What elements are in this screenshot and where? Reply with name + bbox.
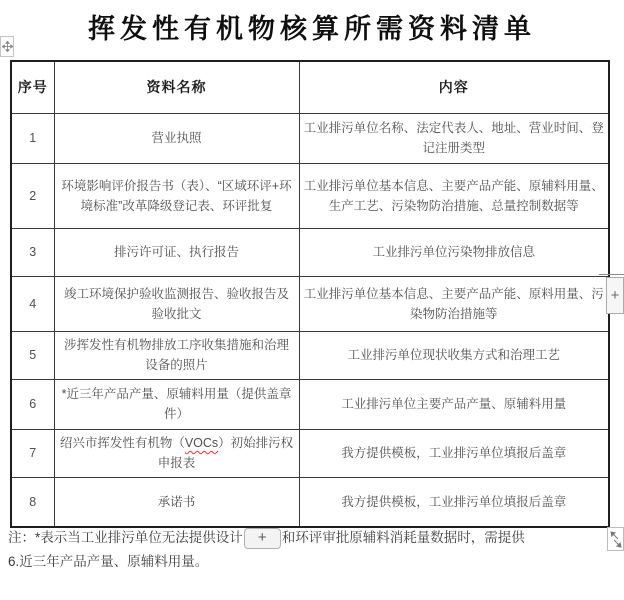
- material-name-cell[interactable]: 排污许可证、执行报告: [54, 228, 299, 276]
- material-name-cell[interactable]: *近三年产品产量、原辅料用量（提供盖章件）: [54, 379, 299, 429]
- column-header-content[interactable]: 内容: [299, 61, 609, 113]
- content-cell[interactable]: 工业排污单位基本信息、主要产品产能、原辅料用量、生产工艺、污染物防治措施、总量控…: [299, 163, 609, 228]
- serial-cell[interactable]: 6: [11, 379, 54, 429]
- footnote-text-after: 和环评审批原辅料消耗量数据时，需提供: [282, 528, 525, 548]
- plus-icon: +: [258, 527, 267, 550]
- serial-cell[interactable]: 4: [11, 276, 54, 331]
- content-cell[interactable]: 我方提供模板，工业排污单位填报后盖章: [299, 477, 609, 527]
- table-row: 7 绍兴市挥发性有机物（VOCs）初始排污权申报表 我方提供模板，工业排污单位填…: [11, 429, 609, 477]
- document-title: 挥发性有机物核算所需资料清单: [0, 7, 624, 46]
- serial-cell[interactable]: 1: [11, 113, 54, 163]
- footnote-line-1: 注：*表示当工业排污单位无法提供设计 + 和环评审批原辅料消耗量数据时，需提供: [8, 528, 622, 549]
- insert-column-button[interactable]: +: [244, 528, 281, 549]
- insert-row-indicator-line: [599, 274, 624, 275]
- insert-row-button[interactable]: +: [606, 277, 624, 314]
- content-cell[interactable]: 工业排污单位基本信息、主要产品产能、原料用量、污染物防治措施等: [299, 276, 609, 331]
- serial-cell[interactable]: 7: [11, 429, 54, 477]
- content-cell[interactable]: 工业排污单位现状收集方式和治理工艺: [299, 331, 609, 379]
- vocs-spellcheck-text: VOCs: [185, 436, 218, 450]
- table-row: 4 竣工环境保护验收监测报告、验收报告及验收批文 工业排污单位基本信息、主要产品…: [11, 276, 609, 331]
- header-row: 序号 资料名称 内容: [11, 61, 609, 113]
- serial-cell[interactable]: 8: [11, 477, 54, 527]
- plus-icon: +: [611, 287, 620, 304]
- footnote-text-before: 注：*表示当工业排污单位无法提供设计: [8, 528, 243, 548]
- content-cell[interactable]: 工业排污单位主要产品产量、原辅料用量: [299, 379, 609, 429]
- table-row: 1 营业执照 工业排污单位名称、法定代表人、地址、营业时间、登记注册类型: [11, 113, 609, 163]
- column-header-serial[interactable]: 序号: [11, 61, 54, 113]
- footnote: 注：*表示当工业排污单位无法提供设计 + 和环评审批原辅料消耗量数据时，需提供 …: [8, 528, 622, 572]
- table-row: 2 环境影响评价报告书（表）、“区域环评+环境标准”改革降级登记表、环评批复 工…: [11, 163, 609, 228]
- serial-cell[interactable]: 3: [11, 228, 54, 276]
- name-text: 绍兴市挥发性有机物（: [60, 436, 185, 450]
- content-cell[interactable]: 工业排污单位污染物排放信息: [299, 228, 609, 276]
- material-name-cell[interactable]: 涉挥发性有机物排放工序收集措施和治理设备的照片: [54, 331, 299, 379]
- material-name-cell[interactable]: 环境影响评价报告书（表）、“区域环评+环境标准”改革降级登记表、环评批复: [54, 163, 299, 228]
- table-move-handle-icon[interactable]: [0, 36, 14, 57]
- materials-table: 序号 资料名称 内容 1 营业执照 工业排污单位名称、法定代表人、地址、营业时间…: [10, 60, 610, 528]
- content-cell[interactable]: 工业排污单位名称、法定代表人、地址、营业时间、登记注册类型: [299, 113, 609, 163]
- move-arrows-icon: [2, 41, 13, 52]
- table-row: 6 *近三年产品产量、原辅料用量（提供盖章件） 工业排污单位主要产品产量、原辅料…: [11, 379, 609, 429]
- column-header-material-name[interactable]: 资料名称: [54, 61, 299, 113]
- document-page: 挥发性有机物核算所需资料清单 序号 资料名称 内容 1: [0, 0, 624, 600]
- table-row: 8 承诺书 我方提供模板，工业排污单位填报后盖章: [11, 477, 609, 527]
- material-name-cell[interactable]: 营业执照: [54, 113, 299, 163]
- table-row: 5 涉挥发性有机物排放工序收集措施和治理设备的照片 工业排污单位现状收集方式和治…: [11, 331, 609, 379]
- table-row: 3 排污许可证、执行报告 工业排污单位污染物排放信息: [11, 228, 609, 276]
- serial-cell[interactable]: 2: [11, 163, 54, 228]
- material-name-cell[interactable]: 竣工环境保护验收监测报告、验收报告及验收批文: [54, 276, 299, 331]
- footnote-line-2: 6.近三年产品产量、原辅料用量。: [8, 552, 622, 572]
- material-name-cell[interactable]: 绍兴市挥发性有机物（VOCs）初始排污权申报表: [54, 429, 299, 477]
- serial-cell[interactable]: 5: [11, 331, 54, 379]
- content-cell[interactable]: 我方提供模板，工业排污单位填报后盖章: [299, 429, 609, 477]
- diagonal-arrows-icon: [610, 531, 622, 548]
- material-name-cell[interactable]: 承诺书: [54, 477, 299, 527]
- table-resize-handle-icon[interactable]: [607, 527, 624, 551]
